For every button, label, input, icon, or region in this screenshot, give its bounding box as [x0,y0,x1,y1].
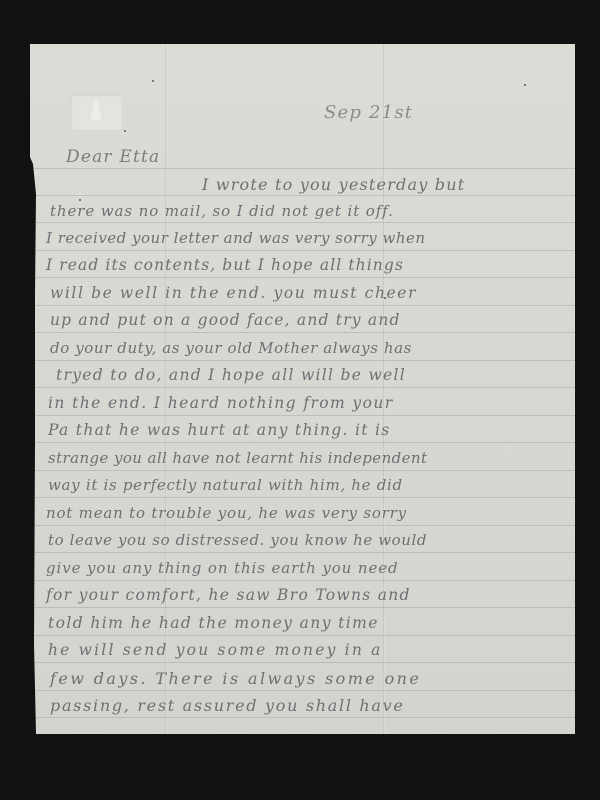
ruled-line [30,470,575,471]
ruled-line [30,360,575,361]
letter-date: Sep 21st [324,104,413,122]
letter-line-10: Pa that he was hurt at any thing. it is [48,423,390,439]
ruled-line [30,277,575,278]
ruled-line [30,635,575,636]
ruled-line [30,497,575,498]
letter-page: Sep 21st Dear Etta I wrote to you yester… [30,44,575,734]
letter-line-8: tryed to do, and I hope all will be well [56,368,406,384]
ruled-line [30,552,575,553]
letter-line-11: strange you all have not learnt his inde… [48,451,427,466]
letter-line-12: way it is perfectly natural with him, he… [48,478,403,493]
letter-line-6: up and put on a good face, and try and [50,313,401,329]
letter-line-5: will be well in the end. you must cheer [50,286,417,302]
letter-line-9: in the end. I heard nothing from your [48,396,394,412]
ruled-line [30,332,575,333]
letter-line-15: give you any thing on this earth you nee… [46,561,399,576]
letter-line-1: I wrote to you yesterday but [202,177,465,193]
ruled-line [30,442,575,443]
ruled-line [30,305,575,306]
letter-salutation: Dear Etta [66,149,160,166]
ruled-line [30,195,575,196]
paper-speck [79,199,81,201]
ruled-line [30,415,575,416]
letter-line-13: not mean to trouble you, he was very sor… [46,506,407,521]
ruled-line [30,525,575,526]
ruled-line [30,387,575,388]
ruled-line [30,717,575,718]
embossed-stationery-mark [70,94,122,130]
ruled-line [30,580,575,581]
letter-line-17: told him he had the money any time [48,616,379,632]
letter-line-16: for your comfort, he saw Bro Towns and [46,588,411,604]
paper-speck [524,84,526,86]
ruled-line [30,168,575,169]
ruled-line [30,250,575,251]
letter-line-3: I received your letter and was very sorr… [46,231,426,246]
letter-line-2: there was no mail, so I did not get it o… [50,204,394,219]
letter-line-18: he will send you some money in a [48,643,383,659]
letter-line-4: I read its contents, but I hope all thin… [46,258,404,274]
ruled-line [30,607,575,608]
letter-line-14: to leave you so distressed. you know he … [48,533,427,548]
ruled-line [30,662,575,663]
letter-line-7: do your duty, as your old Mother always … [50,341,412,356]
paper-speck [124,130,126,132]
ruled-line [30,690,575,691]
ruled-line [30,222,575,223]
vertical-fold-line [383,44,385,734]
letter-line-20: passing, rest assured you shall have [50,698,405,714]
paper-speck [152,80,154,82]
letter-line-19: few days. There is always some one [50,671,421,687]
